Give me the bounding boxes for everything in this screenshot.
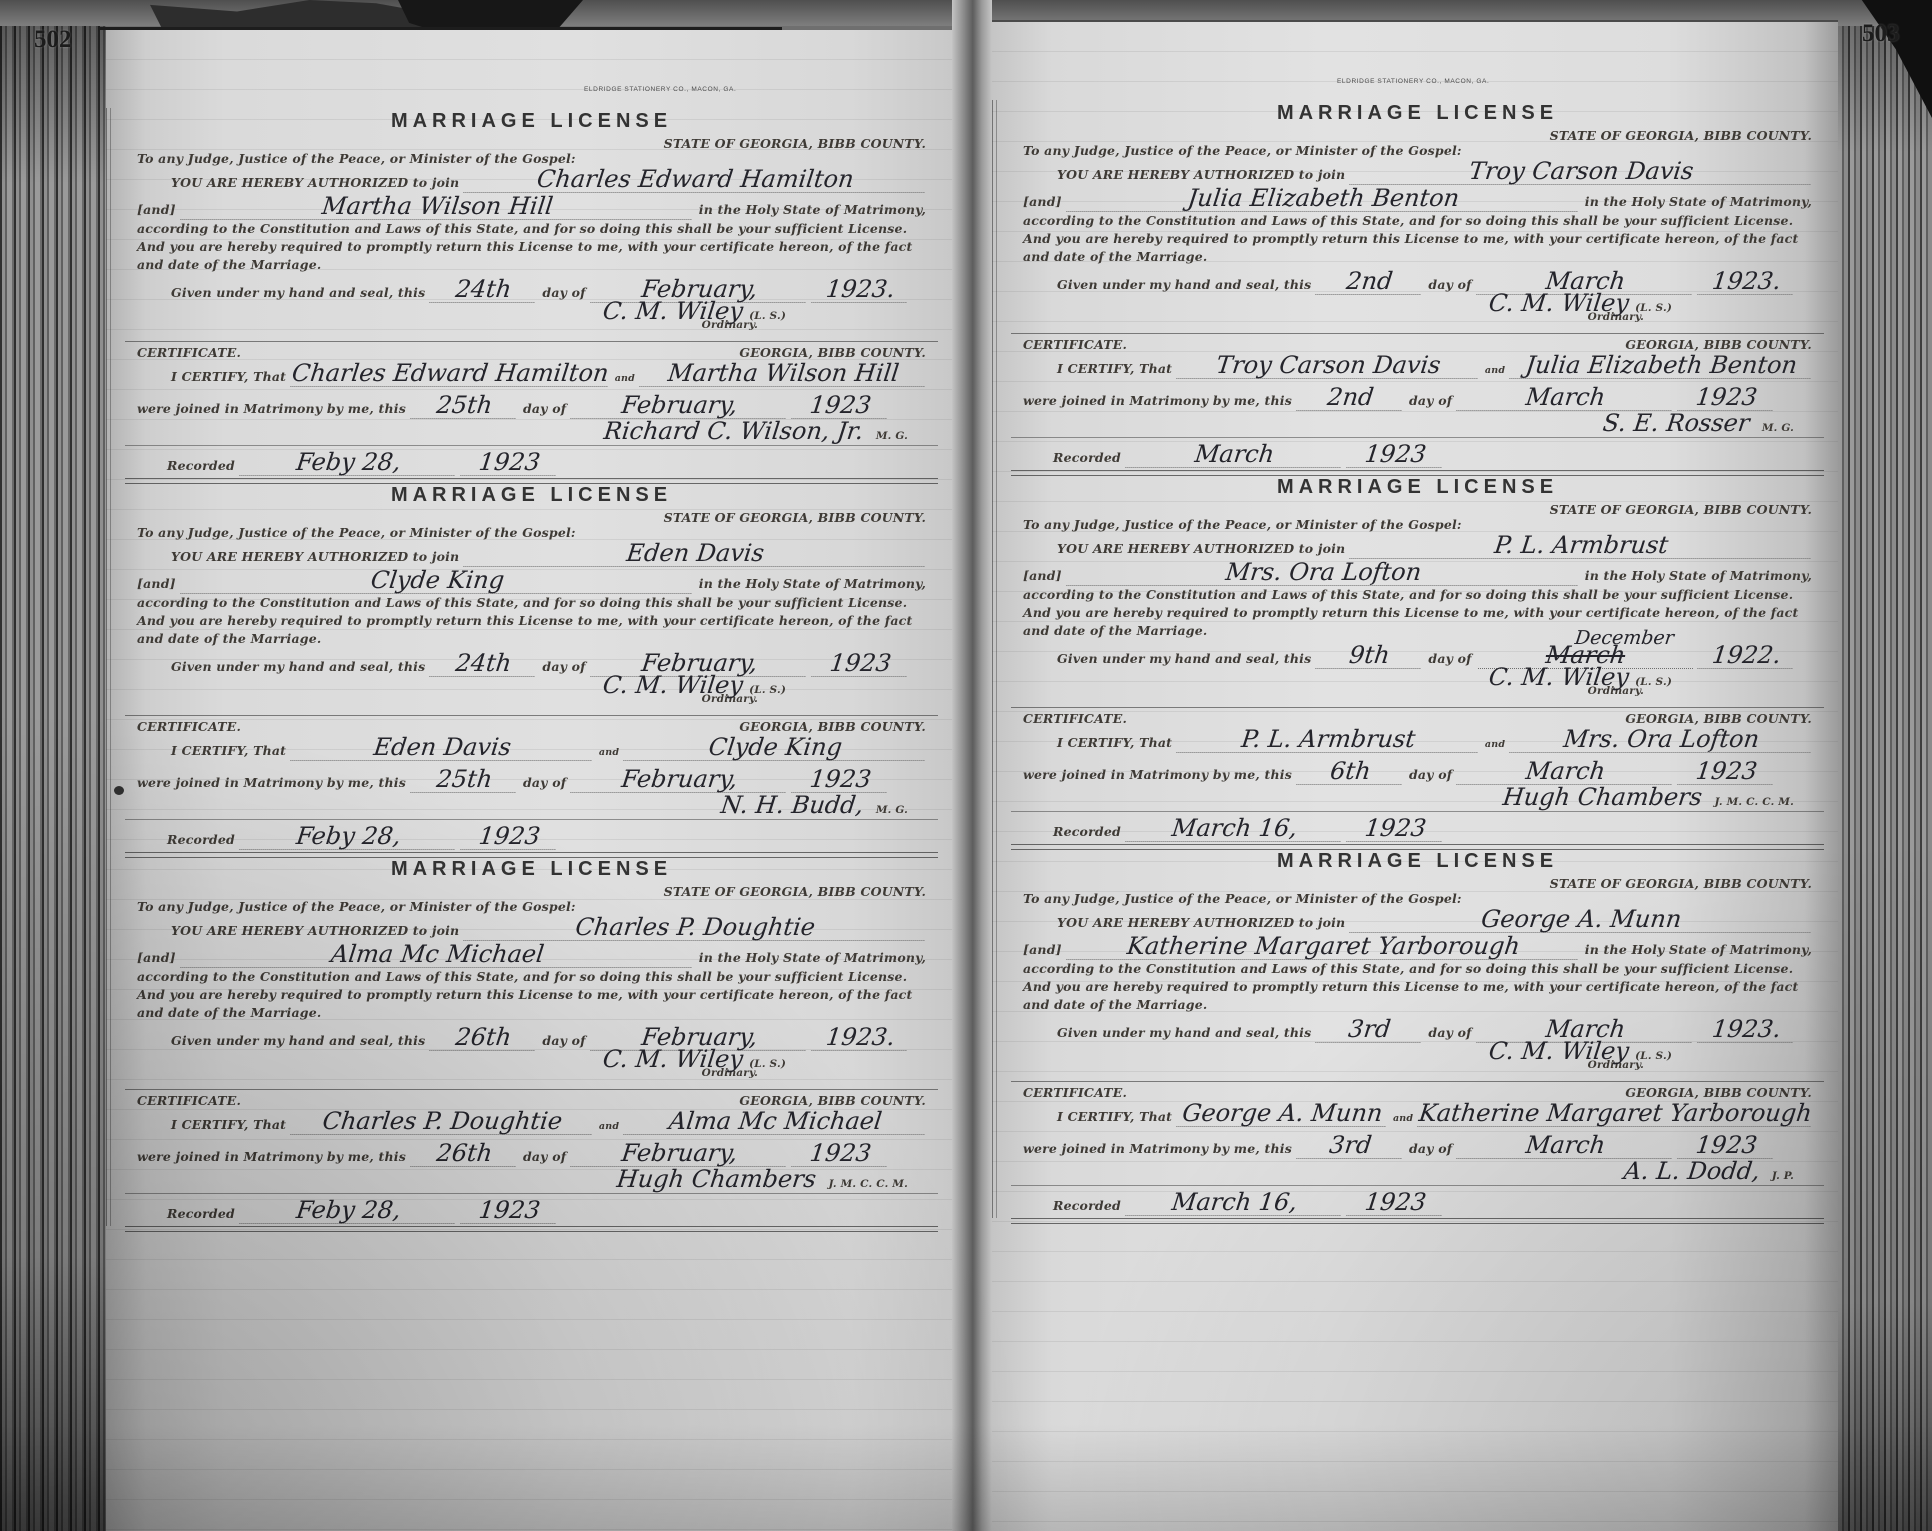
state-county-line: STATE OF GEORGIA, BIBB COUNTY.: [1550, 502, 1812, 517]
license-year: 1922.: [1697, 642, 1795, 669]
right-page-form: MARRIAGE LICENSE STATE OF GEORGIA, BIBB …: [992, 100, 1838, 1218]
matrimony-label: in the Holy State of Matrimony,: [699, 202, 926, 217]
bride-name: Julia Elizabeth Benton: [1066, 185, 1580, 212]
matrimony-label: in the Holy State of Matrimony,: [1585, 194, 1812, 209]
certificate-head-row: CERTIFICATE. GEORGIA, BIBB COUNTY.: [1023, 711, 1812, 726]
county-heading: GEORGIA, BIBB COUNTY.: [739, 719, 926, 734]
authorized-row: YOU ARE HEREBY AUTHORIZED to join George…: [1023, 906, 1812, 933]
license-year: 1923.: [811, 276, 909, 303]
officiant-signature: Richard C. Wilson, Jr.: [603, 418, 866, 444]
license-title: MARRIAGE LICENSE: [137, 856, 926, 882]
marriage-license-section: MARRIAGE LICENSE STATE OF GEORGIA, BIBB …: [137, 856, 926, 1087]
groom-name: Troy Carson Davis: [1350, 158, 1814, 185]
ordinary-row: Ordinary.: [137, 319, 926, 331]
certificate-year: 1923: [1678, 384, 1776, 411]
and-label: and: [1485, 739, 1505, 750]
body-row: and date of the Marriage.: [1023, 248, 1812, 266]
license-day: 26th: [430, 1024, 538, 1051]
officiant-signature: S. E. Rosser: [1602, 410, 1752, 436]
and-label: [and]: [1023, 568, 1062, 583]
authorized-label: YOU ARE HEREBY AUTHORIZED to join: [1057, 167, 1345, 182]
groom-name: Charles Edward Hamilton: [464, 166, 928, 193]
state-county-line: STATE OF GEORGIA, BIBB COUNTY.: [1550, 128, 1812, 143]
and-row: [and] Clyde King in the Holy State of Ma…: [137, 567, 926, 594]
section-divider: [1011, 1185, 1824, 1186]
recorded-year: 1923: [1346, 815, 1444, 842]
body-row: and date of the Marriage.: [137, 256, 926, 274]
county-heading: GEORGIA, BIBB COUNTY.: [1625, 1085, 1812, 1100]
authorized-label: YOU ARE HEREBY AUTHORIZED to join: [171, 549, 459, 564]
recorded-date: March 16,: [1125, 815, 1343, 842]
license-body-line: And you are hereby required to promptly …: [1023, 604, 1798, 622]
certificate-names-row: I CERTIFY, That Troy Carson Davis and Ju…: [1023, 352, 1812, 384]
recorded-date: March: [1125, 441, 1343, 468]
day-of-label: day of: [542, 659, 585, 674]
officiant-signature: Hugh Chambers: [1502, 784, 1704, 810]
recorded-year: 1923: [460, 1197, 558, 1224]
day-of-label: day of: [1409, 1141, 1452, 1156]
county-heading: GEORGIA, BIBB COUNTY.: [1625, 337, 1812, 352]
recorded-label: Recorded: [1053, 450, 1121, 465]
license-title: MARRIAGE LICENSE: [137, 108, 926, 134]
day-of-label: day of: [523, 401, 566, 416]
marriage-license-section: MARRIAGE LICENSE STATE OF GEORGIA, BIBB …: [1023, 100, 1812, 331]
state-row: STATE OF GEORGIA, BIBB COUNTY.: [137, 136, 926, 151]
certify-label: I CERTIFY, That: [171, 1117, 286, 1132]
certificate-bride-name: Martha Wilson Hill: [639, 360, 927, 387]
section-divider: [1011, 333, 1824, 334]
salutation-row: To any Judge, Justice of the Peace, or M…: [137, 899, 926, 914]
recorded-row: Recorded March 16, 1923: [1023, 1189, 1812, 1217]
gutter-shadow: [952, 0, 992, 1531]
recorded-date: Feby 28,: [239, 823, 457, 850]
recorded-year: 1923: [460, 449, 558, 476]
and-row: [and] Martha Wilson Hill in the Holy Sta…: [137, 193, 926, 220]
matrimony-label: in the Holy State of Matrimony,: [1585, 942, 1812, 957]
county-heading: GEORGIA, BIBB COUNTY.: [739, 345, 926, 360]
certificate-heading: CERTIFICATE.: [137, 1093, 241, 1108]
body-row: according to the Constitution and Laws o…: [137, 594, 926, 612]
book-spread: 502 503 ELDRIDGE STATIONERY CO., MACON, …: [0, 0, 1932, 1531]
salutation-line: To any Judge, Justice of the Peace, or M…: [1023, 517, 1462, 532]
license-day: 3rd: [1316, 1016, 1424, 1043]
license-body-line: And you are hereby required to promptly …: [1023, 230, 1798, 248]
certificate-month: February,: [571, 392, 789, 419]
groom-name: George A. Munn: [1350, 906, 1814, 933]
certificate-section: CERTIFICATE. GEORGIA, BIBB COUNTY. I CER…: [137, 719, 926, 852]
state-row: STATE OF GEORGIA, BIBB COUNTY.: [1023, 128, 1812, 143]
matrimony-label: in the Holy State of Matrimony,: [1585, 568, 1812, 583]
state-row: STATE OF GEORGIA, BIBB COUNTY.: [137, 510, 926, 525]
license-year: 1923.: [1697, 1016, 1795, 1043]
groom-name: Charles P. Doughtie: [464, 914, 928, 941]
license-title: MARRIAGE LICENSE: [1023, 848, 1812, 874]
joined-label: were joined in Matrimony by me, this: [1023, 1141, 1292, 1156]
marriage-license-section: MARRIAGE LICENSE STATE OF GEORGIA, BIBB …: [1023, 848, 1812, 1079]
ordinary-row: Ordinary.: [1023, 1059, 1812, 1071]
license-day: 2nd: [1316, 268, 1424, 295]
ordinary-signature: C. M. Wiley: [1488, 290, 1631, 316]
recorded-year: 1923: [1346, 441, 1444, 468]
and-label: and: [1485, 365, 1505, 376]
certificate-year: 1923: [792, 766, 890, 793]
license-year: 1923.: [1697, 268, 1795, 295]
page-number: 503: [1862, 20, 1900, 48]
certificate-year: 1923: [792, 392, 890, 419]
recorded-label: Recorded: [1053, 824, 1121, 839]
officiant-row: N. H. Budd, M. G.: [137, 792, 926, 818]
matrimony-label: in the Holy State of Matrimony,: [699, 576, 926, 591]
license-body-line: and date of the Marriage.: [1023, 248, 1207, 266]
certificate-head-row: CERTIFICATE. GEORGIA, BIBB COUNTY.: [137, 719, 926, 734]
joined-label: were joined in Matrimony by me, this: [1023, 393, 1292, 408]
section-divider: [125, 1226, 938, 1232]
body-row: and date of the Marriage.: [1023, 622, 1812, 640]
and-row: [and] Alma Mc Michael in the Holy State …: [137, 941, 926, 968]
officiant-title: J. P.: [1772, 1170, 1794, 1182]
recorded-label: Recorded: [167, 458, 235, 473]
ordinary-signature: C. M. Wiley: [602, 672, 745, 698]
certificate-bride-name: Alma Mc Michael: [624, 1108, 928, 1135]
license-body-line: And you are hereby required to promptly …: [137, 238, 912, 256]
day-of-label: day of: [1409, 767, 1452, 782]
groom-name: P. L. Armbrust: [1350, 532, 1814, 559]
certify-label: I CERTIFY, That: [171, 369, 286, 384]
license-body-line: and date of the Marriage.: [1023, 622, 1207, 640]
certificate-day: 26th: [410, 1140, 518, 1167]
authorized-row: YOU ARE HEREBY AUTHORIZED to join Eden D…: [137, 540, 926, 567]
ordinary-signature: C. M. Wiley: [1488, 664, 1631, 690]
salutation-line: To any Judge, Justice of the Peace, or M…: [137, 151, 576, 166]
and-label: [and]: [1023, 942, 1062, 957]
bride-name: Clyde King: [180, 567, 694, 594]
and-label: and: [599, 1121, 619, 1132]
officiant-title: M. G.: [876, 430, 908, 442]
authorized-row: YOU ARE HEREBY AUTHORIZED to join Troy C…: [1023, 158, 1812, 185]
authorized-label: YOU ARE HEREBY AUTHORIZED to join: [1057, 915, 1345, 930]
and-label: and: [1393, 1113, 1413, 1124]
page-number: 502: [34, 26, 72, 54]
salutation-row: To any Judge, Justice of the Peace, or M…: [1023, 891, 1812, 906]
salutation-line: To any Judge, Justice of the Peace, or M…: [1023, 143, 1462, 158]
given-label: Given under my hand and seal, this: [171, 659, 425, 674]
day-of-label: day of: [1428, 651, 1471, 666]
day-of-label: day of: [542, 285, 585, 300]
ordinary-row: Ordinary.: [1023, 311, 1812, 323]
book-edge-left: [0, 0, 106, 1531]
authorized-label: YOU ARE HEREBY AUTHORIZED to join: [171, 923, 459, 938]
right-page: ELDRIDGE STATIONERY CO., MACON, GA. MARR…: [992, 22, 1838, 1531]
recorded-date: Feby 28,: [239, 449, 457, 476]
state-county-line: STATE OF GEORGIA, BIBB COUNTY.: [1550, 876, 1812, 891]
body-row: according to the Constitution and Laws o…: [1023, 586, 1812, 604]
bride-name: Martha Wilson Hill: [180, 193, 694, 220]
certificate-names-row: I CERTIFY, That Eden Davis and Clyde Kin…: [137, 734, 926, 766]
certificate-month: February,: [571, 1140, 789, 1167]
certificate-heading: CERTIFICATE.: [1023, 337, 1127, 352]
certificate-day: 2nd: [1296, 384, 1404, 411]
officiant-title: M. G.: [1762, 422, 1794, 434]
certificate-bride-name: Clyde King: [624, 734, 928, 761]
license-title: MARRIAGE LICENSE: [137, 482, 926, 508]
certificate-year: 1923: [1678, 758, 1776, 785]
certificate-day: 3rd: [1296, 1132, 1404, 1159]
license-body-line: according to the Constitution and Laws o…: [1023, 960, 1793, 978]
body-row: and date of the Marriage.: [137, 1004, 926, 1022]
recorded-row: Recorded Feby 28, 1923: [137, 823, 926, 851]
joined-row: were joined in Matrimony by me, this 26t…: [137, 1140, 926, 1168]
certificate-names-row: I CERTIFY, That Charles P. Doughtie and …: [137, 1108, 926, 1140]
license-body-line: and date of the Marriage.: [1023, 996, 1207, 1014]
license-day: 24th: [430, 276, 538, 303]
and-label: and: [599, 747, 619, 758]
and-row: [and] Katherine Margaret Yarborough in t…: [1023, 933, 1812, 960]
section-divider: [125, 1089, 938, 1090]
officiant-row: Hugh Chambers J. M. C. C. M.: [137, 1166, 926, 1192]
and-row: [and] Julia Elizabeth Benton in the Holy…: [1023, 185, 1812, 212]
section-divider: [125, 1193, 938, 1194]
license-body-line: and date of the Marriage.: [137, 630, 321, 648]
certificate-section: CERTIFICATE. GEORGIA, BIBB COUNTY. I CER…: [1023, 711, 1812, 844]
license-body-line: according to the Constitution and Laws o…: [137, 968, 907, 986]
bride-name: Mrs. Ora Lofton: [1066, 559, 1580, 586]
license-day: 24th: [430, 650, 538, 677]
body-row: And you are hereby required to promptly …: [137, 986, 926, 1004]
marriage-license-section: MARRIAGE LICENSE STATE OF GEORGIA, BIBB …: [137, 482, 926, 713]
day-of-label: day of: [1428, 1025, 1471, 1040]
certificate-day: 25th: [410, 392, 518, 419]
recorded-row: Recorded March 1923: [1023, 441, 1812, 469]
given-label: Given under my hand and seal, this: [1057, 277, 1311, 292]
ordinary-signature: C. M. Wiley: [602, 298, 745, 324]
salutation-row: To any Judge, Justice of the Peace, or M…: [1023, 143, 1812, 158]
license-title: MARRIAGE LICENSE: [1023, 100, 1812, 126]
license-body-line: according to the Constitution and Laws o…: [137, 220, 907, 238]
officiant-row: S. E. Rosser M. G.: [1023, 410, 1812, 436]
bride-name: Alma Mc Michael: [180, 941, 694, 968]
given-label: Given under my hand and seal, this: [171, 1033, 425, 1048]
certificate-groom-name: George A. Munn: [1176, 1100, 1388, 1127]
matrimony-label: in the Holy State of Matrimony,: [699, 950, 926, 965]
recorded-year: 1923: [460, 823, 558, 850]
given-label: Given under my hand and seal, this: [1057, 651, 1311, 666]
section-divider: [125, 819, 938, 820]
state-row: STATE OF GEORGIA, BIBB COUNTY.: [1023, 876, 1812, 891]
certificate-day: 6th: [1296, 758, 1404, 785]
joined-row: were joined in Matrimony by me, this 2nd…: [1023, 384, 1812, 412]
certificate-head-row: CERTIFICATE. GEORGIA, BIBB COUNTY.: [137, 1093, 926, 1108]
recorded-label: Recorded: [1053, 1198, 1121, 1213]
left-page-form: MARRIAGE LICENSE STATE OF GEORGIA, BIBB …: [106, 108, 952, 1226]
officiant-row: A. L. Dodd, J. P.: [1023, 1158, 1812, 1184]
officiant-signature: A. L. Dodd,: [1622, 1158, 1761, 1184]
joined-label: were joined in Matrimony by me, this: [137, 401, 406, 416]
certificate-month: March: [1457, 384, 1675, 411]
state-row: STATE OF GEORGIA, BIBB COUNTY.: [137, 884, 926, 899]
certificate-section: CERTIFICATE. GEORGIA, BIBB COUNTY. I CER…: [1023, 337, 1812, 470]
body-row: And you are hereby required to promptly …: [137, 238, 926, 256]
certificate-names-row: I CERTIFY, That P. L. Armbrust and Mrs. …: [1023, 726, 1812, 758]
body-row: And you are hereby required to promptly …: [1023, 604, 1812, 622]
section-divider: [1011, 1081, 1824, 1082]
officiant-signature: Hugh Chambers: [616, 1166, 818, 1192]
joined-row: were joined in Matrimony by me, this 3rd…: [1023, 1132, 1812, 1160]
certify-label: I CERTIFY, That: [1057, 735, 1172, 750]
bride-name: Katherine Margaret Yarborough: [1066, 933, 1580, 960]
certify-label: I CERTIFY, That: [1057, 1109, 1172, 1124]
officiant-row: Richard C. Wilson, Jr. M. G.: [137, 418, 926, 444]
certify-label: I CERTIFY, That: [171, 743, 286, 758]
certificate-groom-name: Eden Davis: [290, 734, 594, 761]
section-divider: [1011, 1218, 1824, 1224]
certificate-groom-name: P. L. Armbrust: [1176, 726, 1480, 753]
day-of-label: day of: [523, 1149, 566, 1164]
authorized-label: YOU ARE HEREBY AUTHORIZED to join: [1057, 541, 1345, 556]
and-label: [and]: [137, 202, 176, 217]
certificate-section: CERTIFICATE. GEORGIA, BIBB COUNTY. I CER…: [137, 345, 926, 478]
body-row: according to the Constitution and Laws o…: [1023, 212, 1812, 230]
section-divider: [125, 341, 938, 342]
certificate-groom-name: Charles Edward Hamilton: [290, 360, 610, 387]
authorized-row: YOU ARE HEREBY AUTHORIZED to join P. L. …: [1023, 532, 1812, 559]
county-heading: GEORGIA, BIBB COUNTY.: [739, 1093, 926, 1108]
officiant-title: J. M. C. C. M.: [1715, 796, 1794, 808]
officiant-signature: N. H. Budd,: [720, 792, 866, 818]
recorded-year: 1923: [1346, 1189, 1444, 1216]
license-year: 1923.: [811, 1024, 909, 1051]
joined-row: were joined in Matrimony by me, this 25t…: [137, 392, 926, 420]
certificate-head-row: CERTIFICATE. GEORGIA, BIBB COUNTY.: [137, 345, 926, 360]
certificate-bride-name: Mrs. Ora Lofton: [1510, 726, 1814, 753]
license-title: MARRIAGE LICENSE: [1023, 474, 1812, 500]
license-body-line: according to the Constitution and Laws o…: [137, 594, 907, 612]
license-body-line: And you are hereby required to promptly …: [1023, 978, 1798, 996]
joined-row: were joined in Matrimony by me, this 25t…: [137, 766, 926, 794]
joined-label: were joined in Matrimony by me, this: [1023, 767, 1292, 782]
officiant-title: J. M. C. C. M.: [829, 1178, 908, 1190]
recorded-row: Recorded March 16, 1923: [1023, 815, 1812, 843]
certificate-year: 1923: [792, 1140, 890, 1167]
day-of-label: day of: [1409, 393, 1452, 408]
certificate-head-row: CERTIFICATE. GEORGIA, BIBB COUNTY.: [1023, 337, 1812, 352]
authorized-label: YOU ARE HEREBY AUTHORIZED to join: [171, 175, 459, 190]
salutation-row: To any Judge, Justice of the Peace, or M…: [137, 151, 926, 166]
day-of-label: day of: [523, 775, 566, 790]
recorded-row: Recorded Feby 28, 1923: [137, 449, 926, 477]
body-row: And you are hereby required to promptly …: [1023, 978, 1812, 996]
state-county-line: STATE OF GEORGIA, BIBB COUNTY.: [664, 136, 926, 151]
certificate-section: CERTIFICATE. GEORGIA, BIBB COUNTY. I CER…: [137, 1093, 926, 1226]
license-body-line: according to the Constitution and Laws o…: [1023, 586, 1793, 604]
section-divider: [125, 445, 938, 446]
license-body-line: and date of the Marriage.: [137, 256, 321, 274]
recorded-label: Recorded: [167, 1206, 235, 1221]
certificate-heading: CERTIFICATE.: [137, 345, 241, 360]
marriage-license-section: MARRIAGE LICENSE STATE OF GEORGIA, BIBB …: [137, 108, 926, 339]
authorized-row: YOU ARE HEREBY AUTHORIZED to join Charle…: [137, 914, 926, 941]
certificate-groom-name: Charles P. Doughtie: [290, 1108, 594, 1135]
ordinary-row: Ordinary.: [137, 1067, 926, 1079]
joined-label: were joined in Matrimony by me, this: [137, 1149, 406, 1164]
certificate-year: 1923: [1678, 1132, 1776, 1159]
joined-row: were joined in Matrimony by me, this 6th…: [1023, 758, 1812, 786]
groom-name: Eden Davis: [464, 540, 928, 567]
license-body-line: And you are hereby required to promptly …: [137, 612, 912, 630]
given-label: Given under my hand and seal, this: [1057, 1025, 1311, 1040]
ordinary-signature: C. M. Wiley: [602, 1046, 745, 1072]
body-row: according to the Constitution and Laws o…: [137, 220, 926, 238]
state-county-line: STATE OF GEORGIA, BIBB COUNTY.: [664, 884, 926, 899]
certify-label: I CERTIFY, That: [1057, 361, 1172, 376]
and-label: and: [615, 373, 635, 384]
certificate-section: CERTIFICATE. GEORGIA, BIBB COUNTY. I CER…: [1023, 1085, 1812, 1218]
license-body-line: according to the Constitution and Laws o…: [1023, 212, 1793, 230]
day-of-label: day of: [542, 1033, 585, 1048]
body-row: And you are hereby required to promptly …: [1023, 230, 1812, 248]
county-heading: GEORGIA, BIBB COUNTY.: [1625, 711, 1812, 726]
body-row: according to the Constitution and Laws o…: [137, 968, 926, 986]
body-row: according to the Constitution and Laws o…: [1023, 960, 1812, 978]
and-label: [and]: [137, 950, 176, 965]
license-body-line: And you are hereby required to promptly …: [137, 986, 912, 1004]
printer-imprint: ELDRIDGE STATIONERY CO., MACON, GA.: [584, 86, 736, 93]
authorized-row: YOU ARE HEREBY AUTHORIZED to join Charle…: [137, 166, 926, 193]
salutation-line: To any Judge, Justice of the Peace, or M…: [1023, 891, 1462, 906]
salutation-row: To any Judge, Justice of the Peace, or M…: [137, 525, 926, 540]
license-day: 9th: [1316, 642, 1424, 669]
joined-label: were joined in Matrimony by me, this: [137, 775, 406, 790]
license-body-line: and date of the Marriage.: [137, 1004, 321, 1022]
certificate-names-row: I CERTIFY, That Charles Edward Hamilton …: [137, 360, 926, 392]
state-county-line: STATE OF GEORGIA, BIBB COUNTY.: [664, 510, 926, 525]
and-label: [and]: [1023, 194, 1062, 209]
day-of-label: day of: [1428, 277, 1471, 292]
and-label: [and]: [137, 576, 176, 591]
certificate-month: March: [1457, 1132, 1675, 1159]
section-divider: [125, 715, 938, 716]
license-year: 1923: [811, 650, 909, 677]
given-label: Given under my hand and seal, this: [171, 285, 425, 300]
recorded-date: Feby 28,: [239, 1197, 457, 1224]
marriage-license-section: MARRIAGE LICENSE STATE OF GEORGIA, BIBB …: [1023, 474, 1812, 705]
certificate-heading: CERTIFICATE.: [137, 719, 241, 734]
certificate-head-row: CERTIFICATE. GEORGIA, BIBB COUNTY.: [1023, 1085, 1812, 1100]
certificate-bride-name: Katherine Margaret Yarborough: [1418, 1100, 1814, 1127]
certificate-heading: CERTIFICATE.: [1023, 1085, 1127, 1100]
recorded-date: March 16,: [1125, 1189, 1343, 1216]
section-divider: [1011, 811, 1824, 812]
officiant-row: Hugh Chambers J. M. C. C. M.: [1023, 784, 1812, 810]
certificate-day: 25th: [410, 766, 518, 793]
certificate-groom-name: Troy Carson Davis: [1176, 352, 1480, 379]
left-page: ELDRIDGE STATIONERY CO., MACON, GA. MARR…: [106, 30, 952, 1531]
and-row: [and] Mrs. Ora Lofton in the Holy State …: [1023, 559, 1812, 586]
salutation-line: To any Judge, Justice of the Peace, or M…: [137, 525, 576, 540]
section-divider: [1011, 707, 1824, 708]
printer-imprint: ELDRIDGE STATIONERY CO., MACON, GA.: [1337, 78, 1489, 85]
ordinary-row: Ordinary.: [1023, 685, 1812, 697]
ordinary-row: Ordinary.: [137, 693, 926, 705]
body-row: And you are hereby required to promptly …: [137, 612, 926, 630]
certificate-month: March: [1457, 758, 1675, 785]
officiant-title: M. G.: [876, 804, 908, 816]
body-row: and date of the Marriage.: [137, 630, 926, 648]
ordinary-signature: C. M. Wiley: [1488, 1038, 1631, 1064]
certificate-names-row: I CERTIFY, That George A. Munn and Kathe…: [1023, 1100, 1812, 1132]
salutation-line: To any Judge, Justice of the Peace, or M…: [137, 899, 576, 914]
recorded-label: Recorded: [167, 832, 235, 847]
state-row: STATE OF GEORGIA, BIBB COUNTY.: [1023, 502, 1812, 517]
